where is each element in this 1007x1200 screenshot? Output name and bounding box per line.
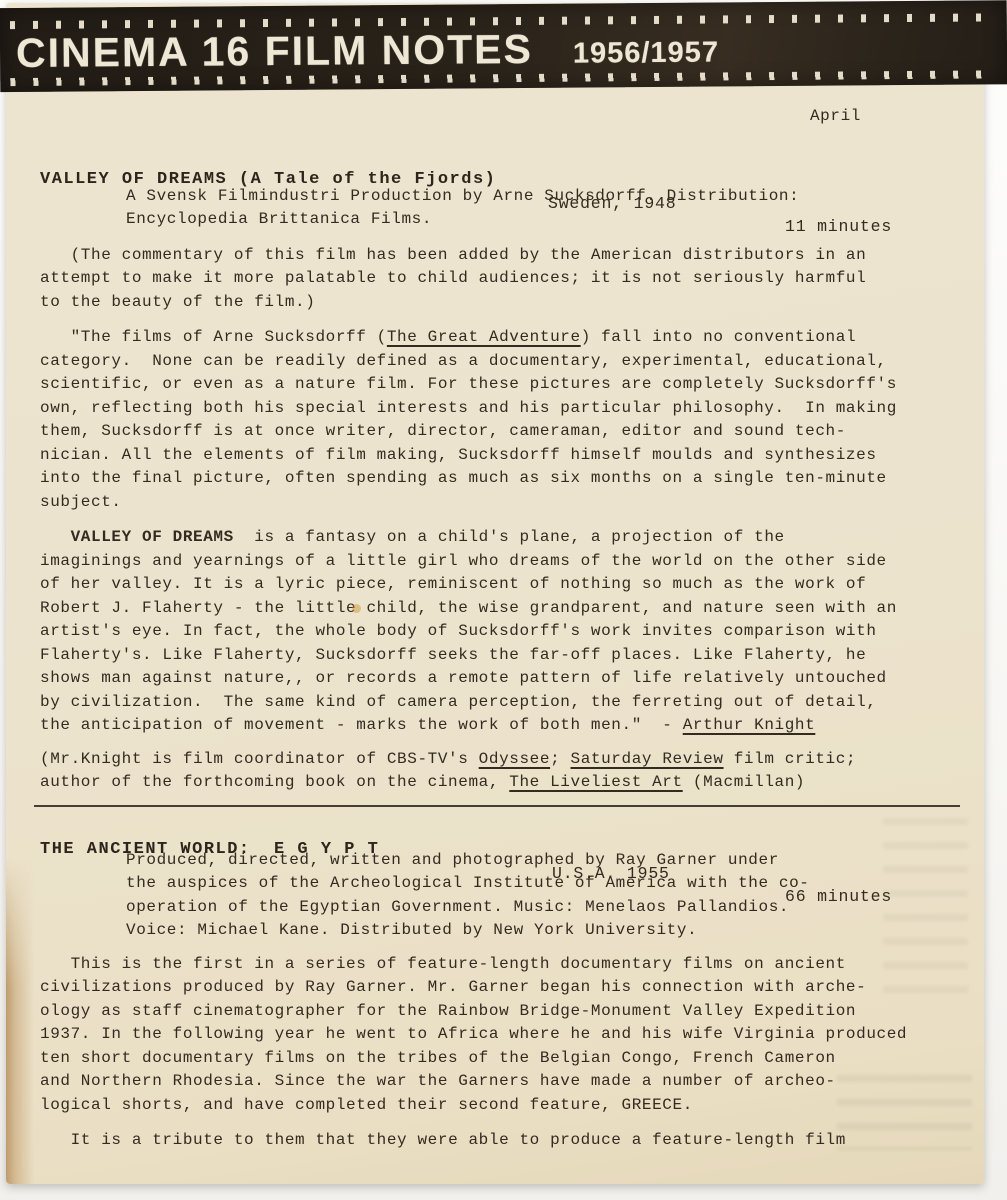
paragraph-tribute: It is a tribute to them that they were a… xyxy=(40,1129,952,1153)
film-header: VALLEY OF DREAMS (A Tale of the Fjords) … xyxy=(40,145,952,169)
paragraph-knight-bio: (Mr.Knight is film coordinator of CBS-TV… xyxy=(40,748,952,795)
film-country-year: Sweden, 1948 xyxy=(548,192,676,216)
paragraph-film-description: VALLEY OF DREAMS is a fantasy on a child… xyxy=(40,526,952,738)
scanned-photo: CINEMA 16 FILM NOTES 1956/1957 April VAL… xyxy=(0,0,1007,1200)
banner-season: 1956/1957 xyxy=(573,37,719,71)
filmstrip-banner: CINEMA 16 FILM NOTES 1956/1957 xyxy=(0,0,1007,92)
film-duration: 11 minutes xyxy=(785,215,892,239)
film-section-valley-of-dreams: VALLEY OF DREAMS (A Tale of the Fjords) … xyxy=(40,145,952,795)
paragraph-commentary-note: (The commentary of this film has been ad… xyxy=(40,244,952,315)
program-note-page: CINEMA 16 FILM NOTES 1956/1957 April VAL… xyxy=(6,3,984,1184)
banner-title: CINEMA 16 FILM NOTES xyxy=(16,26,533,77)
film-header: THE ANCIENT WORLD: E G Y P T U.S.A. 1955… xyxy=(40,815,952,839)
section-divider xyxy=(34,805,960,807)
film-country-year: U.S.A. 1955 xyxy=(552,862,670,886)
page-content: April VALLEY OF DREAMS (A Tale of the Fj… xyxy=(40,105,952,1153)
banner-text-row: CINEMA 16 FILM NOTES 1956/1957 xyxy=(16,22,977,77)
film-title: VALLEY OF DREAMS (A Tale of the Fjords) xyxy=(40,168,496,192)
film-duration: 66 minutes xyxy=(785,885,892,909)
month-label: April xyxy=(40,105,952,129)
paragraph-series-description: This is the first in a series of feature… xyxy=(40,953,952,1118)
paragraph-knight-quote: "The films of Arne Sucksdorff (The Great… xyxy=(40,326,952,514)
film-title: THE ANCIENT WORLD: E G Y P T xyxy=(40,838,379,862)
film-section-ancient-world-egypt: THE ANCIENT WORLD: E G Y P T U.S.A. 1955… xyxy=(40,815,952,1153)
paper-stain-speck xyxy=(352,604,361,613)
page-edge-shading xyxy=(6,858,34,1184)
